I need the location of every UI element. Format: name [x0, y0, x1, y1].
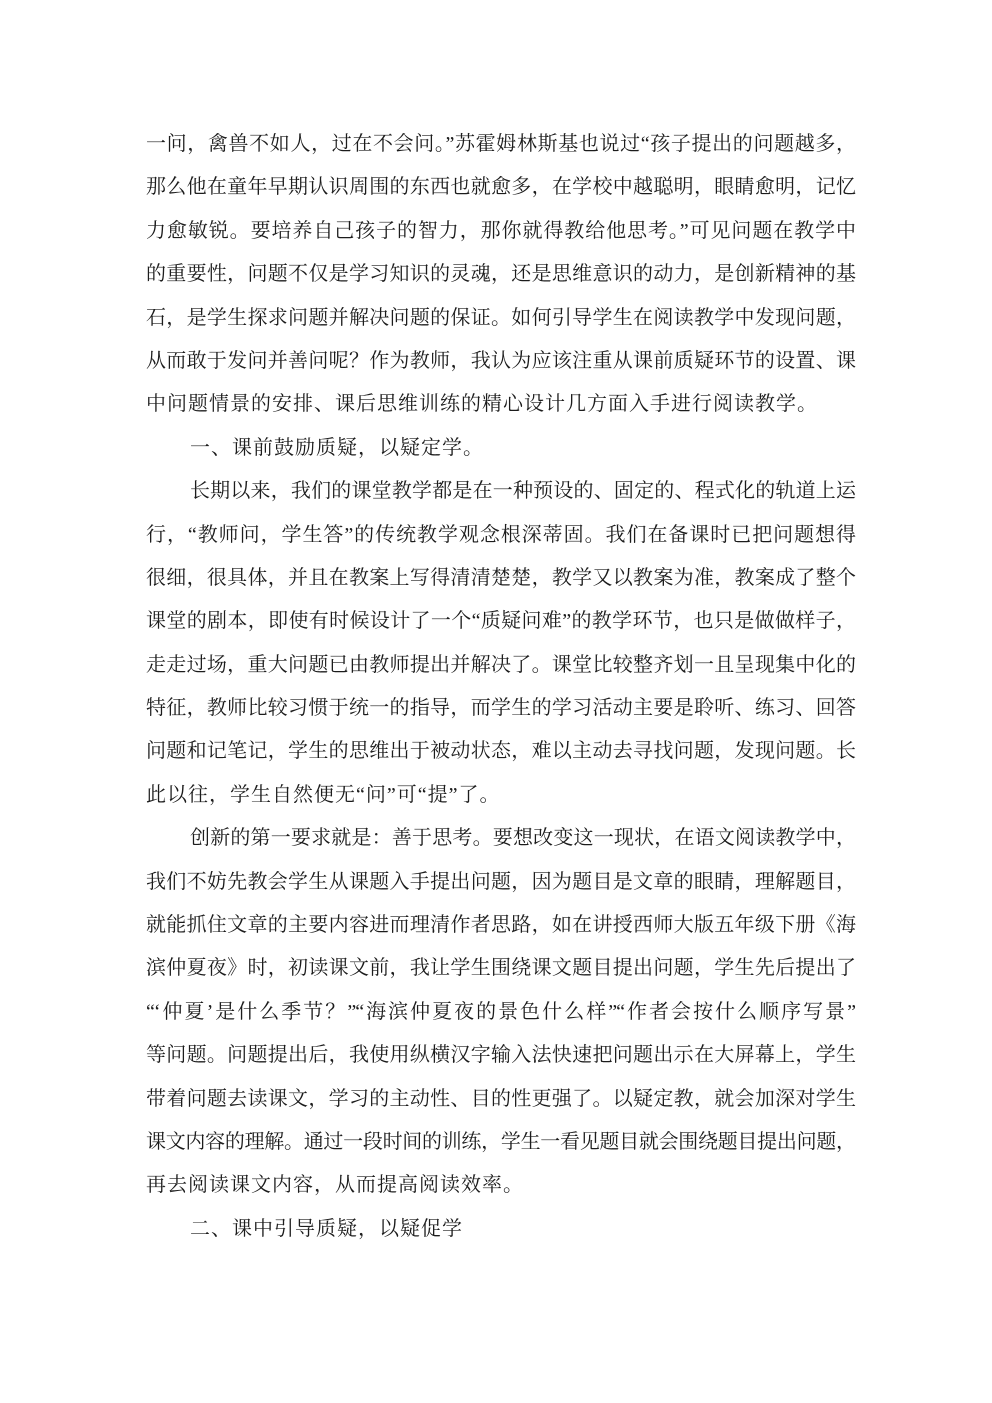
text-line: 长期以来，我们的课堂教学都是在一种预设的、固定的、程式化的轨道上运 [146, 470, 855, 513]
text-line: 行，“教师问，学生答”的传统教学观念根深蒂固。我们在备课时已把问题想得 [146, 514, 855, 557]
text-line: 课堂的剧本，即使有时候设计了一个“质疑问难”的教学环节，也只是做做样子， [146, 600, 855, 643]
document-page: 一问，禽兽不如人，过在不会问。”苏霍姆林斯基也说过“孩子提出的问题越多，那么他在… [0, 0, 992, 1403]
text-line: 从而敢于发问并善问呢？作为教师，我认为应该注重从课前质疑环节的设置、课 [146, 340, 855, 383]
text-line: 很细，很具体，并且在教案上写得清清楚楚，教学又以教案为准，教案成了整个 [146, 557, 855, 600]
text-line: 带着问题去读课文，学习的主动性、目的性更强了。以疑定教，就会加深对学生 [146, 1078, 855, 1121]
text-line: 中问题情景的安排、课后思维训练的精心设计几方面入手进行阅读教学。 [146, 383, 855, 426]
text-line: 问题和记笔记，学生的思维出于被动状态，难以主动去寻找问题，发现问题。长 [146, 730, 855, 773]
text-line: 再去阅读课文内容，从而提高阅读效率。 [146, 1164, 855, 1207]
text-line: 就能抓住文章的主要内容进而理清作者思路，如在讲授西师大版五年级下册《海 [146, 904, 855, 947]
text-line: 力愈敏锐。要培养自己孩子的智力，那你就得教给他思考。”可见问题在教学中 [146, 210, 855, 253]
text-line: 那么他在童年早期认识周围的东西也就愈多，在学校中越聪明，眼睛愈明，记忆 [146, 166, 855, 209]
text-line: 特征，教师比较习惯于统一的指导，而学生的学习活动主要是聆听、练习、回答 [146, 687, 855, 730]
text-line: 课文内容的理解。通过一段时间的训练，学生一看见题目就会围绕题目提出问题， [146, 1121, 855, 1164]
text-line: 滨仲夏夜》时，初读课文前，我让学生围绕课文题目提出问题，学生先后提出了 [146, 947, 855, 990]
document-text-block: 一问，禽兽不如人，过在不会问。”苏霍姆林斯基也说过“孩子提出的问题越多，那么他在… [146, 123, 855, 1251]
section-heading: 二、课中引导质疑，以疑促学 [146, 1208, 855, 1251]
text-line: 等问题。问题提出后，我使用纵横汉字输入法快速把问题出示在大屏幕上，学生 [146, 1034, 855, 1077]
text-line: 我们不妨先教会学生从课题入手提出问题，因为题目是文章的眼睛，理解题目， [146, 861, 855, 904]
text-line: 走走过场，重大问题已由教师提出并解决了。课堂比较整齐划一且呈现集中化的 [146, 644, 855, 687]
text-line: 一问，禽兽不如人，过在不会问。”苏霍姆林斯基也说过“孩子提出的问题越多， [146, 123, 855, 166]
text-line: 石，是学生探求问题并解决问题的保证。如何引导学生在阅读教学中发现问题， [146, 297, 855, 340]
text-line: 此以往，学生自然便无“问”可“提”了。 [146, 774, 855, 817]
text-line: “‘仲夏’是什么季节？”“海滨仲夏夜的景色什么样”“作者会按什么顺序写景” [146, 991, 855, 1034]
text-line: 的重要性，问题不仅是学习知识的灵魂，还是思维意识的动力，是创新精神的基 [146, 253, 855, 296]
text-line: 创新的第一要求就是：善于思考。要想改变这一现状，在语文阅读教学中， [146, 817, 855, 860]
section-heading: 一、课前鼓励质疑，以疑定学。 [146, 427, 855, 470]
